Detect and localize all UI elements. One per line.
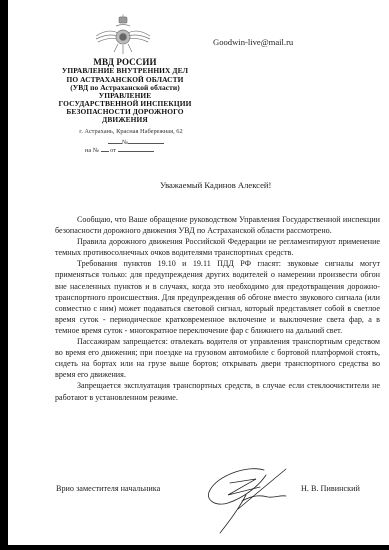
- signatory-title: Врио заместителя начальника: [56, 484, 160, 493]
- paragraph: Запрещается эксплуатация транспортных ср…: [55, 380, 380, 402]
- letter-body: Сообщаю, что Ваше обращение руководством…: [55, 214, 380, 403]
- blank-line: [101, 145, 109, 152]
- blank-line: [128, 137, 164, 144]
- letterhead-line: ДВИЖЕНИЯ: [40, 116, 210, 124]
- letterhead-address: г. Астрахань, Красная Набережная, 62: [56, 128, 206, 135]
- blank-line: [118, 145, 154, 152]
- date-label: от: [110, 147, 116, 154]
- reply-to-field: на № от: [85, 145, 154, 154]
- greeting: Уважаемый Кадинов Алексей!: [160, 180, 271, 190]
- recipient-email: Goodwin-live@mail.ru: [213, 37, 293, 47]
- letter-page: МВД РОССИИ УПРАВЛЕНИЕ ВНУТРЕННИХ ДЕЛ ПО …: [8, 0, 389, 545]
- paragraph: Правила дорожного движения Российской Фе…: [55, 236, 380, 258]
- paragraph: Сообщаю, что Ваше обращение руководством…: [55, 214, 380, 236]
- letterhead-block: МВД РОССИИ УПРАВЛЕНИЕ ВНУТРЕННИХ ДЕЛ ПО …: [40, 58, 210, 124]
- paragraph: Пассажирам запрещается: отвлекать водите…: [55, 336, 380, 380]
- paragraph: Требования пунктов 19.10 и 19.11 ПДД РФ …: [55, 258, 380, 336]
- handwritten-signature-icon: [198, 465, 298, 535]
- reply-to-label: на №: [85, 147, 99, 154]
- signatory-name: Н. В. Пивинский: [301, 484, 360, 493]
- mvd-emblem-icon: [88, 14, 158, 58]
- blank-line: [108, 137, 122, 144]
